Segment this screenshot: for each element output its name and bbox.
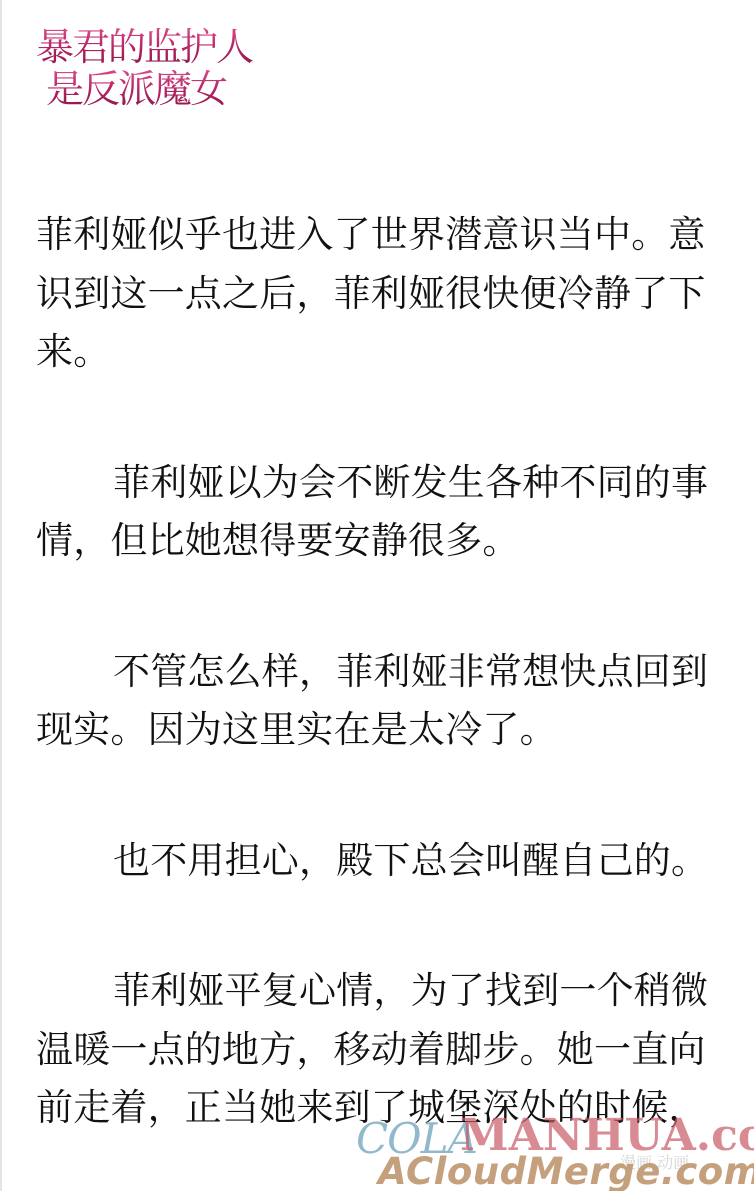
text-line: 温暖一点的地方，移动着脚步。她一直向 <box>36 1021 726 1080</box>
page-edge-border <box>0 0 2 1191</box>
paragraph-2: 菲利娅以为会不断发生各种不同的事 情，但比她想得要安静很多。 <box>36 454 726 571</box>
story-text: 菲利娅似乎也进入了世界潜意识当中。意 识到这一点之后，菲利娅很快便冷静了下 来。… <box>36 206 726 1138</box>
text-line: 来。 <box>36 323 726 382</box>
comic-title-logo: 暴君的监护人 是反派魔女 <box>36 28 266 108</box>
watermark-faint-text: 漫画 动画 <box>620 1150 689 1173</box>
text-line: 也不用担心，殿下总会叫醒自己的。 <box>36 832 726 891</box>
logo-title-line-2: 是反派魔女 <box>46 70 266 108</box>
paragraph-1: 菲利娅似乎也进入了世界潜意识当中。意 识到这一点之后，菲利娅很快便冷静了下 来。 <box>36 206 726 382</box>
text-line: 菲利娅以为会不断发生各种不同的事 <box>36 454 726 513</box>
watermark-acloudmerge: ACloudMerge.com <box>378 1150 754 1191</box>
text-line: 菲利娅平复心情，为了找到一个稍微 <box>36 962 726 1021</box>
paragraph-3: 不管怎么样，菲利娅非常想快点回到 现实。因为这里实在是太冷了。 <box>36 643 726 760</box>
text-line: 菲利娅似乎也进入了世界潜意识当中。意 <box>36 206 726 265</box>
logo-title-line-1: 暴君的监护人 <box>36 28 266 66</box>
text-line: 现实。因为这里实在是太冷了。 <box>36 701 726 760</box>
paragraph-4: 也不用担心，殿下总会叫醒自己的。 <box>36 832 726 891</box>
text-line: 前走着，正当她来到了城堡深处的时候， <box>36 1079 726 1138</box>
text-line: 识到这一点之后，菲利娅很快便冷静了下 <box>36 265 726 324</box>
text-line: 不管怎么样，菲利娅非常想快点回到 <box>36 643 726 702</box>
paragraph-5: 菲利娅平复心情，为了找到一个稍微 温暖一点的地方，移动着脚步。她一直向 前走着，… <box>36 962 726 1138</box>
text-line: 情，但比她想得要安静很多。 <box>36 512 726 571</box>
